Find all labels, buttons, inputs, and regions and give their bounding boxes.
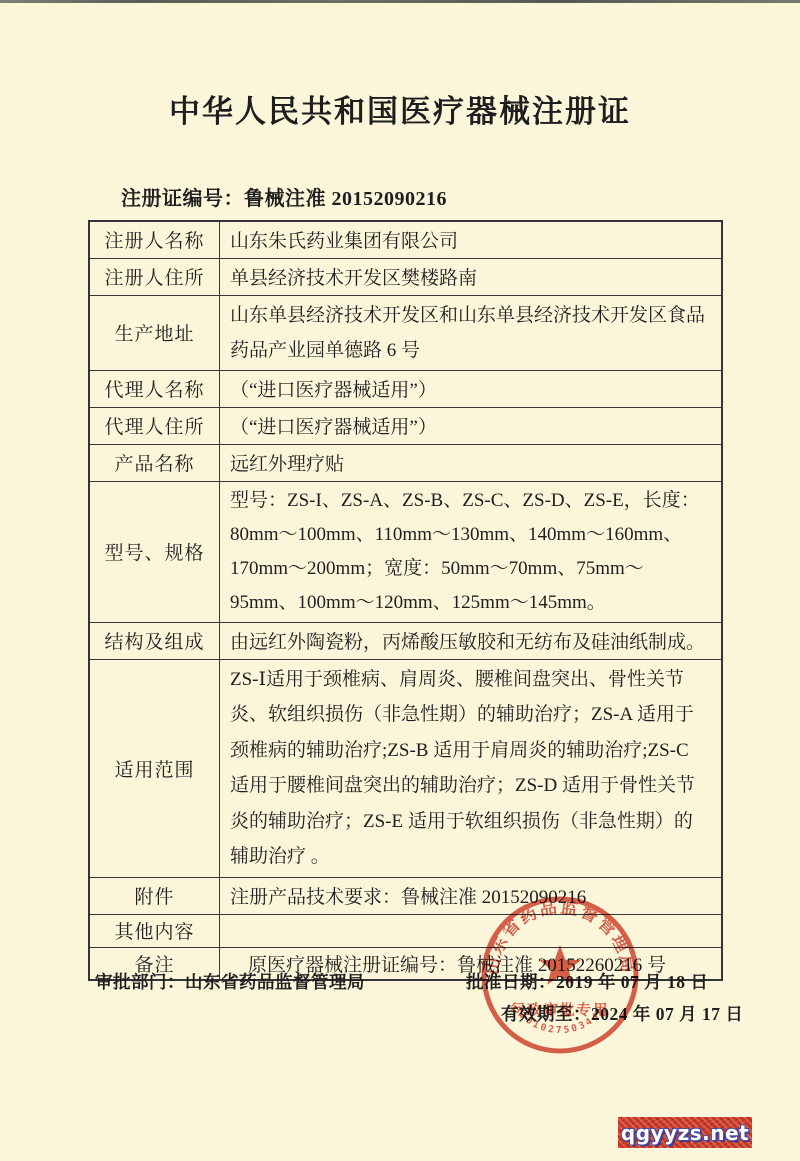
approval-department: 审批部门：山东省药品监督管理局 xyxy=(95,969,365,994)
valid-until-date: 有效期至：2024 年 07 月 17 日 xyxy=(501,1001,743,1026)
table-row: 产品名称 远红外理疗贴 xyxy=(89,444,722,481)
table-row: 生产地址 山东单县经济技术开发区和山东单县经济技术开发区食品药品产业园单德路 6… xyxy=(89,295,722,370)
certificate-title: 中华人民共和国医疗器械注册证 xyxy=(0,86,800,131)
row-label-production-address: 生产地址 xyxy=(89,295,220,370)
row-value-registrant-address: 单县经济技术开发区樊楼路南 xyxy=(220,258,723,295)
row-value-product-name: 远红外理疗贴 xyxy=(220,444,723,481)
row-label-attachment: 附件 xyxy=(89,877,220,914)
table-row: 代理人住所 （“进口医疗器械适用”） xyxy=(89,407,722,444)
table-row: 注册人住所 单县经济技术开发区樊楼路南 xyxy=(89,258,722,295)
site-watermark-text: qgyyzs.net xyxy=(621,1123,749,1143)
row-label-registrant-address: 注册人住所 xyxy=(89,258,220,295)
registration-number-line: 注册证编号：鲁械注准 20152090216 xyxy=(121,182,447,211)
row-label-other: 其他内容 xyxy=(89,914,220,947)
row-value-production-address: 山东单县经济技术开发区和山东单县经济技术开发区食品药品产业园单德路 6 号 xyxy=(220,295,723,370)
table-row: 结构及组成 由远红外陶瓷粉，丙烯酸压敏胶和无纺布及硅油纸制成。 xyxy=(89,622,722,659)
row-label-scope: 适用范围 xyxy=(89,659,220,877)
row-value-agent-address: （“进口医疗器械适用”） xyxy=(220,407,723,444)
approval-date: 批准日期：2019 年 07 月 18 日 xyxy=(466,969,708,994)
row-label-agent-address: 代理人住所 xyxy=(89,407,220,444)
row-label-registrant-name: 注册人名称 xyxy=(89,221,220,258)
table-row: 适用范围 ZS-Ⅰ适用于颈椎病、肩周炎、腰椎间盘突出、骨性关节炎、软组织损伤（非… xyxy=(89,659,722,877)
certificate-table: 注册人名称 山东朱氏药业集团有限公司 注册人住所 单县经济技术开发区樊楼路南 生… xyxy=(88,220,723,981)
table-row: 附件 注册产品技术要求：鲁械注准 20152090216 xyxy=(89,877,722,914)
table-row: 代理人名称 （“进口医疗器械适用”） xyxy=(89,370,722,407)
row-value-registrant-name: 山东朱氏药业集团有限公司 xyxy=(220,221,723,258)
site-watermark: qgyyzs.net xyxy=(618,1117,752,1148)
row-value-other xyxy=(220,914,723,947)
row-label-model-spec: 型号、规格 xyxy=(89,481,220,622)
row-value-scope: ZS-Ⅰ适用于颈椎病、肩周炎、腰椎间盘突出、骨性关节炎、软组织损伤（非急性期）的… xyxy=(220,659,723,877)
row-label-structure: 结构及组成 xyxy=(89,622,220,659)
row-label-product-name: 产品名称 xyxy=(89,444,220,481)
row-value-structure: 由远红外陶瓷粉，丙烯酸压敏胶和无纺布及硅油纸制成。 xyxy=(220,622,723,659)
table-row: 注册人名称 山东朱氏药业集团有限公司 xyxy=(89,221,722,258)
table-row: 型号、规格 型号：ZS-I、ZS-A、ZS-B、ZS-C、ZS-D、ZS-E，长… xyxy=(89,481,722,622)
scan-edge-artifact xyxy=(0,0,800,3)
row-label-agent-name: 代理人名称 xyxy=(89,370,220,407)
row-value-attachment: 注册产品技术要求：鲁械注准 20152090216 xyxy=(220,877,723,914)
row-value-model-spec: 型号：ZS-I、ZS-A、ZS-B、ZS-C、ZS-D、ZS-E，长度：80mm… xyxy=(220,481,723,622)
row-value-agent-name: （“进口医疗器械适用”） xyxy=(220,370,723,407)
table-row: 其他内容 xyxy=(89,914,722,947)
